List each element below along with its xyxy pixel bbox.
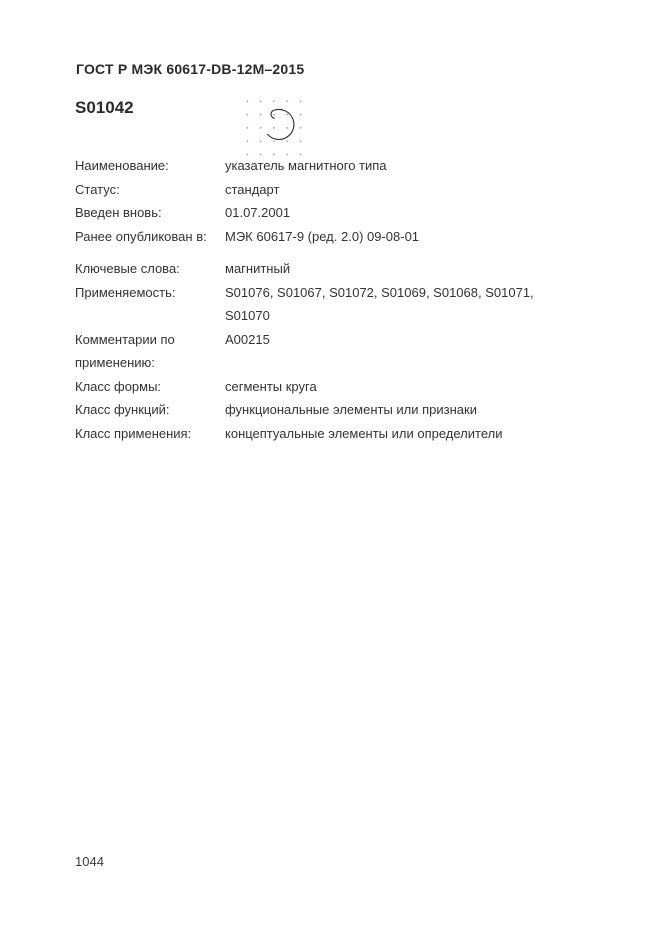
field-value: A00215 bbox=[225, 328, 270, 352]
field-label: Статус: bbox=[75, 178, 225, 202]
symbol-dot-grid bbox=[243, 97, 305, 159]
field-label: Ранее опубликован в: bbox=[75, 225, 225, 249]
field-row-keywords: Ключевые слова: магнитный bbox=[75, 257, 585, 281]
field-value: стандарт bbox=[225, 178, 279, 202]
field-row-application-class: Класс применения: концептуальные элемент… bbox=[75, 422, 585, 446]
field-row-status: Статус: стандарт bbox=[75, 178, 585, 202]
field-value: магнитный bbox=[225, 257, 290, 281]
field-label: Введен вновь: bbox=[75, 201, 225, 225]
field-label: Класс функций: bbox=[75, 398, 225, 422]
field-row-shape-class: Класс формы: сегменты круга bbox=[75, 375, 585, 399]
document-page: ГОСТ Р МЭК 60617-DB-12M–2015 S01042 Наим… bbox=[0, 0, 661, 936]
attributes-table: Наименование: указатель магнитного типа … bbox=[75, 154, 585, 445]
field-row-introduced: Введен вновь: 01.07.2001 bbox=[75, 201, 585, 225]
field-row-application-comments: Комментарии по применению: A00215 bbox=[75, 328, 585, 375]
document-header-title: ГОСТ Р МЭК 60617-DB-12M–2015 bbox=[76, 61, 304, 77]
symbol-id-heading: S01042 bbox=[75, 98, 134, 118]
page-number: 1044 bbox=[75, 854, 104, 869]
field-label: Класс применения: bbox=[75, 422, 225, 446]
field-row-function-class: Класс функций: функциональные элементы и… bbox=[75, 398, 585, 422]
field-row-applicability: Применяемость: S01076, S01067, S01072, S… bbox=[75, 281, 585, 328]
field-label: Наименование: bbox=[75, 154, 225, 178]
field-value: функциональные элементы или признаки bbox=[225, 398, 477, 422]
field-value: концептуальные элементы или определители bbox=[225, 422, 503, 446]
field-label: Применяемость: bbox=[75, 281, 225, 305]
field-value: сегменты круга bbox=[225, 375, 317, 399]
field-label: Комментарии по применению: bbox=[75, 328, 225, 375]
field-row-previously-published: Ранее опубликован в: МЭК 60617-9 (ред. 2… bbox=[75, 225, 585, 249]
field-value: МЭК 60617-9 (ред. 2.0) 09-08-01 bbox=[225, 225, 419, 249]
field-value: указатель магнитного типа bbox=[225, 154, 387, 178]
field-value: S01076, S01067, S01072, S01069, S01068, … bbox=[225, 281, 550, 328]
field-value: 01.07.2001 bbox=[225, 201, 290, 225]
field-label: Класс формы: bbox=[75, 375, 225, 399]
field-row-name: Наименование: указатель магнитного типа bbox=[75, 154, 585, 178]
field-label: Ключевые слова: bbox=[75, 257, 225, 281]
